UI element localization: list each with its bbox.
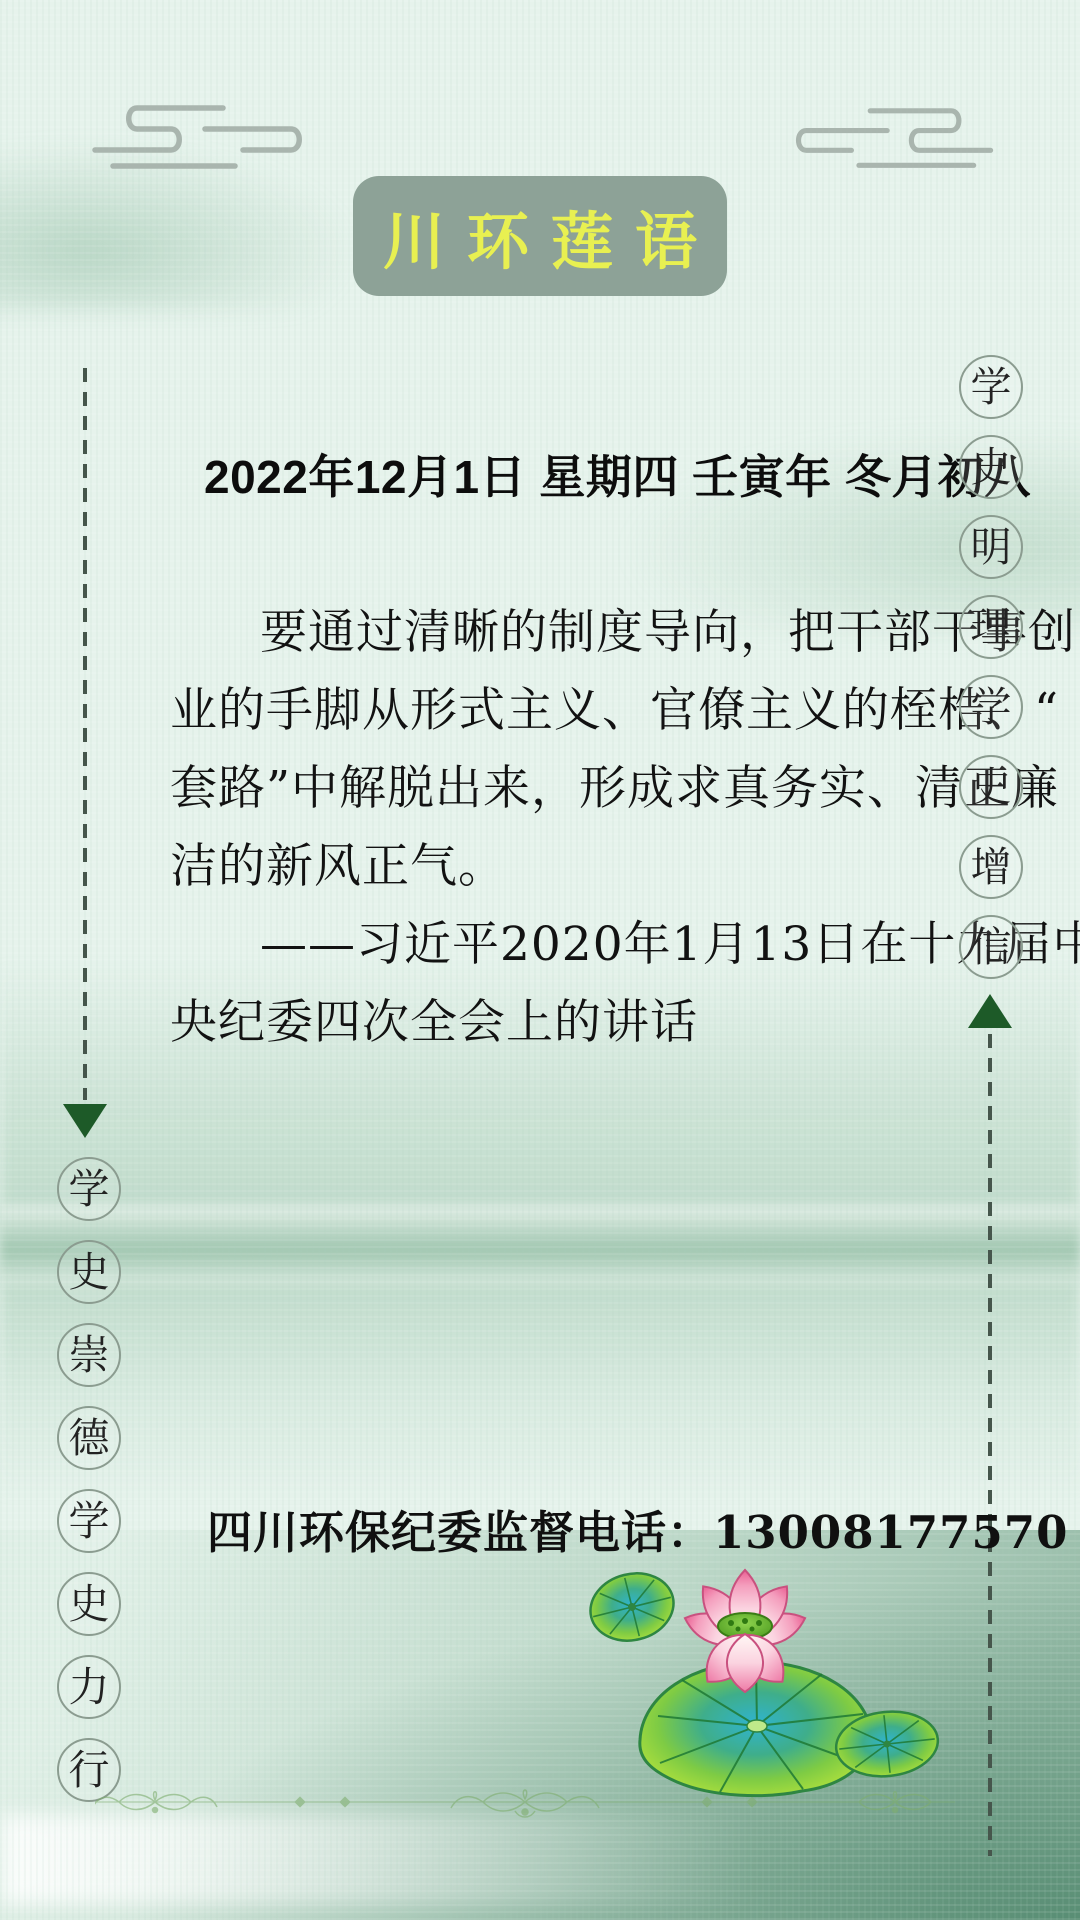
char-circle: 史 [959,435,1023,499]
title-banner: 川环莲语 [353,176,727,296]
char-circle: 崇 [57,1323,121,1387]
cloud-left-icon [85,100,303,176]
date-line: 2022年12月1日 星期四 壬寅年 冬月初八 [204,441,904,507]
up-arrow-icon [968,994,1012,1028]
char-circle: 史 [57,1572,121,1636]
quote-line: 套路”中解脱出来，形成求真务实、清正廉 [170,750,965,828]
char-circle: 学 [57,1489,121,1553]
char-circle: 德 [57,1406,121,1470]
char-circle: 史 [959,755,1023,819]
poster-canvas: 川环莲语 2022年12月1日 星期四 壬寅年 冬月初八 要通过清晰的制度导向，… [0,0,1080,1920]
char-circle: 明 [959,515,1023,579]
hotline: 四川环保纪委监督电话：13008177570 [207,1496,927,1561]
char-circle: 理 [959,595,1023,659]
char-circle: 力 [57,1655,121,1719]
char-circle: 学 [959,355,1023,419]
quote-block: 要通过清晰的制度导向，把干部干事创 业的手脚从形式主义、官僚主义的桎梏、“ 套路… [170,594,965,1062]
lotus-icon [560,1558,960,1844]
char-circle: 史 [57,1240,121,1304]
quote-attribution-line: 央纪委四次全会上的讲话 [170,984,965,1062]
char-circle: 学 [57,1157,121,1221]
dashed-line-left [83,368,87,1100]
quote-line: 洁的新风正气。 [170,828,965,906]
background-mist-stripe [0,1205,1080,1285]
down-arrow-icon [63,1104,107,1138]
quote-attribution-line: ——习近平2020年1月13日在十九届中 [170,906,965,984]
char-circle: 信 [959,915,1023,979]
quote-line: 要通过清晰的制度导向，把干部干事创 [170,594,965,672]
dashed-line-right [988,1034,992,1856]
char-circle: 增 [959,835,1023,899]
title-text: 川环莲语 [361,192,719,281]
cloud-right-icon [795,103,1000,175]
quote-line: 业的手脚从形式主义、官僚主义的桎梏、“ [170,672,965,750]
char-circle: 学 [959,675,1023,739]
